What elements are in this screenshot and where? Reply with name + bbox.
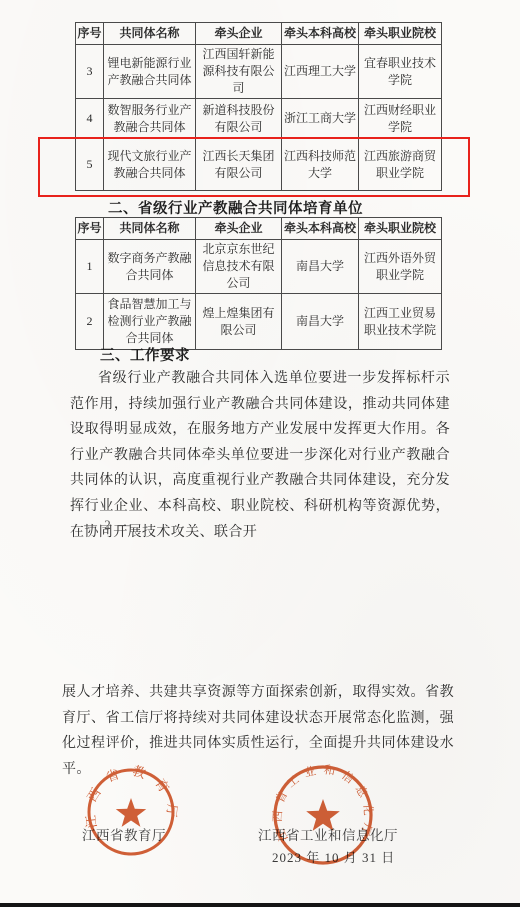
cell-enterprise: 江西国轩新能源科技有限公司	[196, 45, 282, 99]
cell-index: 3	[76, 45, 104, 99]
cell-enterprise: 煌上煌集团有限公司	[196, 294, 282, 350]
column-header-index: 序号	[76, 218, 104, 240]
column-header-index: 序号	[76, 23, 104, 45]
cell-college: 江西工业贸易职业技术学院	[359, 294, 442, 350]
table-communities-list: 序号 共同体名称 牵头企业 牵头本科高校 牵头职业院校 3 锂电新能源行业产教融…	[75, 22, 442, 191]
column-header-community: 共同体名称	[104, 23, 196, 45]
column-header-community: 共同体名称	[104, 218, 196, 240]
cell-college: 江西旅游商贸职业学院	[359, 139, 442, 191]
cell-university: 南昌大学	[282, 294, 359, 350]
cell-community: 数字商务产教融合共同体	[104, 240, 196, 294]
official-seal-industry-icon: 江西省工业和信息化厅	[270, 760, 376, 870]
table-row: 3 锂电新能源行业产教融合共同体 江西国轩新能源科技有限公司 江西理工大学 宜春…	[76, 45, 442, 99]
cell-university: 江西科技师范大学	[282, 139, 359, 191]
page-number: — 2 —	[84, 517, 133, 533]
cell-university: 浙江工商大学	[282, 99, 359, 139]
table-header-row: 序号 共同体名称 牵头企业 牵头本科高校 牵头职业院校	[76, 218, 442, 240]
column-header-university: 牵头本科高校	[282, 23, 359, 45]
column-header-university: 牵头本科高校	[282, 218, 359, 240]
cell-college: 江西外语外贸职业学院	[359, 240, 442, 294]
column-header-college: 牵头职业院校	[359, 218, 442, 240]
section-2-title: 二、省级行业产教融合共同体培育单位	[108, 197, 363, 218]
table-header-row: 序号 共同体名称 牵头企业 牵头本科高校 牵头职业院校	[76, 23, 442, 45]
cell-index: 2	[76, 294, 104, 350]
cell-index: 4	[76, 99, 104, 139]
table-row: 2 食品智慧加工与检测行业产教融合共同体 煌上煌集团有限公司 南昌大学 江西工业…	[76, 294, 442, 350]
section-3-title: 三、工作要求	[100, 344, 190, 365]
table-row: 1 数字商务产教融合共同体 北京京东世纪信息技术有限公司 南昌大学 江西外语外贸…	[76, 240, 442, 294]
cell-index: 5	[76, 139, 104, 191]
column-header-enterprise: 牵头企业	[196, 218, 282, 240]
cell-community: 现代文旅行业产教融合共同体	[104, 139, 196, 191]
official-seal-education-icon: 江西省教育厅	[84, 763, 178, 861]
table-row-highlighted: 5 现代文旅行业产教融合共同体 江西长天集团有限公司 江西科技师范大学 江西旅游…	[76, 139, 442, 191]
cell-college: 宜春职业技术学院	[359, 45, 442, 99]
column-header-college: 牵头职业院校	[359, 23, 442, 45]
table-provincial-communities: 序号 共同体名称 牵头企业 牵头本科高校 牵头职业院校 1 数字商务产教融合共同…	[75, 217, 442, 350]
cell-index: 1	[76, 240, 104, 294]
cell-enterprise: 新道科技股份有限公司	[196, 99, 282, 139]
seal-star-icon	[116, 798, 146, 827]
cell-community: 锂电新能源行业产教融合共同体	[104, 45, 196, 99]
scan-edge-line	[0, 903, 520, 907]
cell-community: 食品智慧加工与检测行业产教融合共同体	[104, 294, 196, 350]
seal-star-icon	[306, 799, 340, 831]
cell-enterprise: 北京京东世纪信息技术有限公司	[196, 240, 282, 294]
cell-college: 江西财经职业学院	[359, 99, 442, 139]
cell-university: 江西理工大学	[282, 45, 359, 99]
column-header-enterprise: 牵头企业	[196, 23, 282, 45]
table-row: 4 数智服务行业产教融合共同体 新道科技股份有限公司 浙江工商大学 江西财经职业…	[76, 99, 442, 139]
cell-university: 南昌大学	[282, 240, 359, 294]
cell-enterprise: 江西长天集团有限公司	[196, 139, 282, 191]
cell-community: 数智服务行业产教融合共同体	[104, 99, 196, 139]
